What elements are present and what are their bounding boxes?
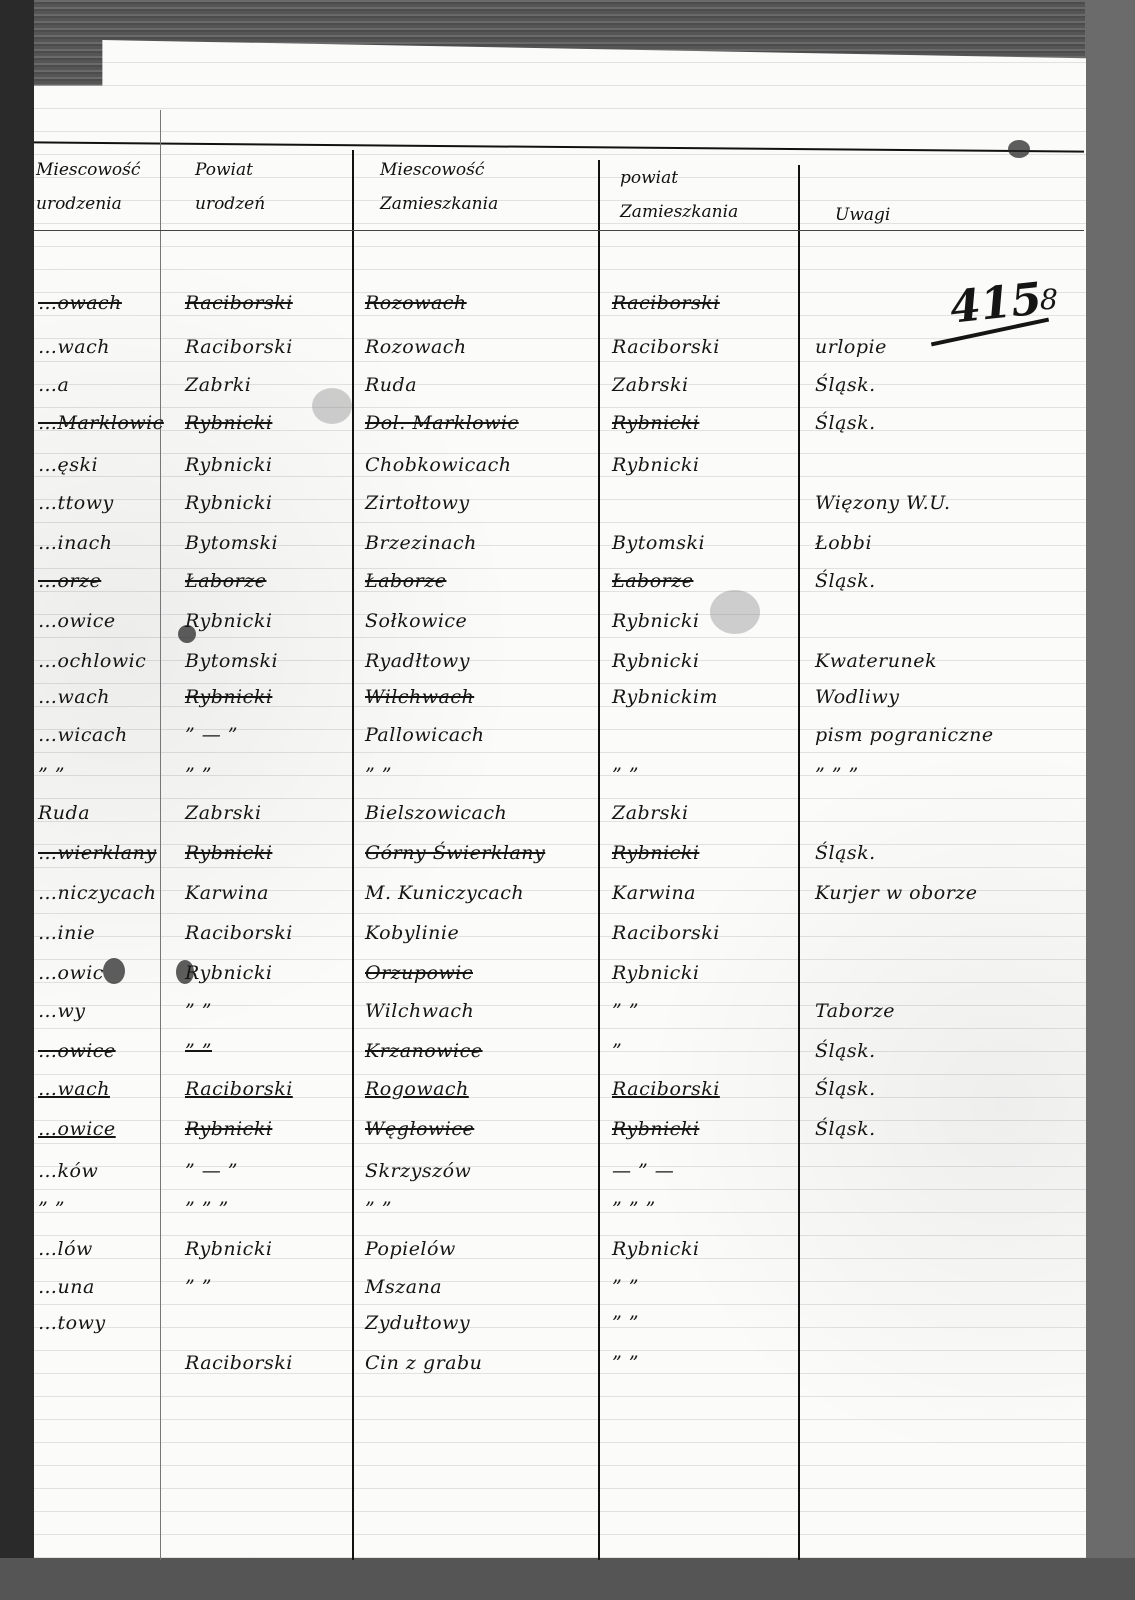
column-3-rule <box>598 160 600 1560</box>
row-26-c1: …towy <box>38 1312 106 1334</box>
header-col4-line2: Zamieszkania <box>620 202 738 222</box>
header-col1-line1: Miescowość <box>36 160 140 180</box>
row-24-c4: Rybnicki <box>612 1238 699 1260</box>
ink-blot <box>1008 140 1030 158</box>
row-17-c2: Rybnicki <box>185 962 272 984</box>
row-18-c4: ” ” <box>612 1000 639 1022</box>
row-5-c3: Zirtołtowy <box>365 492 470 514</box>
row-0-c4: Raciborski <box>612 292 720 314</box>
column-4-rule <box>798 165 800 1560</box>
row-27-c2: Raciborski <box>185 1352 293 1374</box>
row-0-c1: …owach <box>38 292 122 314</box>
row-2-c3: Ruda <box>365 374 417 396</box>
column-1-rule <box>160 110 161 1560</box>
row-2-c2: Zabrki <box>185 374 251 396</box>
row-25-c2: ” ” <box>185 1276 212 1298</box>
row-10-c4: Rybnickim <box>612 686 718 708</box>
row-18-c2: ” ” <box>185 1000 212 1022</box>
page-number-suffix: 8 <box>1040 283 1058 316</box>
row-6-c4: Bytomski <box>612 532 705 554</box>
row-6-c5: Łobbi <box>815 532 872 554</box>
column-2-rule <box>352 150 354 1560</box>
row-24-c3: Popielów <box>365 1238 456 1260</box>
row-20-c2: Raciborski <box>185 1078 293 1100</box>
row-18-c3: Wilchwach <box>365 1000 474 1022</box>
header-col5: Uwagi <box>835 205 890 225</box>
header-col2-line1: Powiat <box>195 160 265 180</box>
row-9-c2: Bytomski <box>185 650 278 672</box>
row-17-c1: …owic <box>38 962 104 984</box>
row-13-c3: Bielszowicach <box>365 802 507 824</box>
row-1-c3: Rozowach <box>365 336 467 358</box>
row-12-c2: ” ” <box>185 764 212 786</box>
row-13-c2: Zabrski <box>185 802 262 824</box>
row-2-c4: Zabrski <box>612 374 689 396</box>
scan-bottom-edge <box>0 1558 1135 1600</box>
row-18-c5: Taborze <box>815 1000 895 1022</box>
row-21-c3: Węgłowice <box>365 1118 474 1140</box>
row-2-c5: Śląsk. <box>815 374 876 396</box>
row-15-c2: Karwina <box>185 882 269 904</box>
row-1-c1: …wach <box>38 336 110 358</box>
header-col1-line2: urodzenia <box>36 194 140 214</box>
row-24-c1: …lów <box>38 1238 93 1260</box>
row-15-c5: Kurjer w oborze <box>815 882 978 904</box>
row-13-c4: Zabrski <box>612 802 689 824</box>
row-3-c4: Rybnicki <box>612 412 699 434</box>
row-9-c1: …ochlowic <box>38 650 146 672</box>
row-18-c1: …wy <box>38 1000 86 1022</box>
row-26-c4: ” ” <box>612 1312 639 1334</box>
header-col4: powiat Zamieszkania <box>620 168 738 222</box>
row-12-c4: ” ” <box>612 764 639 786</box>
row-22-c2: ” — ” <box>185 1160 238 1182</box>
row-2-c1: …a <box>38 374 69 396</box>
row-21-c2: Rybnicki <box>185 1118 272 1140</box>
row-7-c5: Śląsk. <box>815 570 876 592</box>
row-9-c3: Ryadłtowy <box>365 650 470 672</box>
header-col3-line2: Zamieszkania <box>380 194 498 214</box>
row-12-c1: ” ” <box>38 764 65 786</box>
row-22-c4: — ” — <box>612 1160 674 1182</box>
row-14-c2: Rybnicki <box>185 842 272 864</box>
row-15-c3: M. Kuniczycach <box>365 882 524 904</box>
row-4-c1: …ęski <box>38 454 98 476</box>
header-col5-line1: Uwagi <box>835 205 890 225</box>
row-3-c1: …Marklowic <box>38 412 164 434</box>
ink-blot <box>103 958 125 984</box>
row-19-c5: Śląsk. <box>815 1040 876 1062</box>
row-11-c3: Pallowicach <box>365 724 485 746</box>
row-14-c3: Górny Świerklany <box>365 842 545 864</box>
row-9-c4: Rybnicki <box>612 650 699 672</box>
scan-left-shadow <box>0 0 34 1600</box>
row-6-c2: Bytomski <box>185 532 278 554</box>
scan-right-edge <box>1085 0 1135 1600</box>
row-4-c4: Rybnicki <box>612 454 699 476</box>
row-8-c4: Rybnicki <box>612 610 699 632</box>
row-5-c2: Rybnicki <box>185 492 272 514</box>
header-col4-line1: powiat <box>620 168 738 188</box>
row-7-c2: Łaborze <box>185 570 266 592</box>
row-8-c2: Rybnicki <box>185 610 272 632</box>
row-16-c2: Raciborski <box>185 922 293 944</box>
row-4-c3: Chobkowicach <box>365 454 512 476</box>
row-24-c2: Rybnicki <box>185 1238 272 1260</box>
row-23-c1: ” ” <box>38 1198 65 1220</box>
row-1-c4: Raciborski <box>612 336 720 358</box>
row-14-c1: …wierklany <box>38 842 157 864</box>
stain <box>710 590 760 634</box>
row-20-c1: …wach <box>38 1078 110 1100</box>
row-27-c3: Cin z grabu <box>365 1352 482 1374</box>
row-8-c3: Sołkowice <box>365 610 467 632</box>
row-6-c3: Brzezinach <box>365 532 477 554</box>
header-col2: Powiat urodzeń <box>195 160 265 214</box>
row-25-c1: …una <box>38 1276 95 1298</box>
row-11-c5: pism pograniczne <box>815 724 994 746</box>
row-3-c2: Rybnicki <box>185 412 272 434</box>
register-page <box>34 40 1086 1560</box>
row-6-c1: …inach <box>38 532 113 554</box>
row-7-c1: …orze <box>38 570 101 592</box>
row-25-c3: Mszana <box>365 1276 442 1298</box>
row-3-c5: Śląsk. <box>815 412 876 434</box>
row-10-c5: Wodliwy <box>815 686 900 708</box>
row-21-c1: …owice <box>38 1118 116 1140</box>
row-5-c1: …ttowy <box>38 492 114 514</box>
row-22-c1: …ków <box>38 1160 98 1182</box>
row-7-c3: Łaborze <box>365 570 446 592</box>
row-21-c5: Śląsk. <box>815 1118 876 1140</box>
row-21-c4: Rybnicki <box>612 1118 699 1140</box>
row-16-c4: Raciborski <box>612 922 720 944</box>
row-26-c3: Zydułtowy <box>365 1312 470 1334</box>
row-17-c4: Rybnicki <box>612 962 699 984</box>
row-10-c2: Rybnicki <box>185 686 272 708</box>
row-3-c3: Dol. Marklowic <box>365 412 519 434</box>
row-23-c2: ” ” ” <box>185 1198 229 1220</box>
row-20-c5: Śląsk. <box>815 1078 876 1100</box>
row-20-c3: Rogowach <box>365 1078 469 1100</box>
stain <box>312 388 352 424</box>
row-22-c3: Skrzyszów <box>365 1160 471 1182</box>
row-20-c4: Raciborski <box>612 1078 720 1100</box>
row-15-c1: …niczycach <box>38 882 157 904</box>
row-8-c1: …owice <box>38 610 116 632</box>
row-25-c4: ” ” <box>612 1276 639 1298</box>
row-13-c1: Ruda <box>38 802 90 824</box>
row-4-c2: Rybnicki <box>185 454 272 476</box>
row-19-c4: ” <box>612 1040 622 1062</box>
row-19-c1: …owice <box>38 1040 116 1062</box>
row-27-c4: ” ” <box>612 1352 639 1374</box>
row-14-c4: Rybnicki <box>612 842 699 864</box>
row-23-c4: ” ” ” <box>612 1198 656 1220</box>
row-19-c2: ” ” <box>185 1040 212 1062</box>
row-16-c3: Kobylinie <box>365 922 459 944</box>
row-12-c3: ” ” <box>365 764 392 786</box>
row-14-c5: Śląsk. <box>815 842 876 864</box>
row-17-c3: Orzupowic <box>365 962 473 984</box>
row-23-c3: ” ” <box>365 1198 392 1220</box>
row-0-c2: Raciborski <box>185 292 293 314</box>
header-col1: Miescowość urodzenia <box>36 160 140 214</box>
row-1-c2: Raciborski <box>185 336 293 358</box>
row-11-c1: …wicach <box>38 724 128 746</box>
row-16-c1: …inie <box>38 922 95 944</box>
row-10-c1: …wach <box>38 686 110 708</box>
row-5-c5: Więzony W.U. <box>815 492 951 514</box>
header-col3-line1: Miescowość <box>380 160 498 180</box>
row-7-c4: Łaborze <box>612 570 693 592</box>
row-0-c3: Rozowach <box>365 292 467 314</box>
header-col3: Miescowość Zamieszkania <box>380 160 498 214</box>
row-19-c3: Krzanowice <box>365 1040 483 1062</box>
row-1-c5: urlopie <box>815 336 887 358</box>
header-col2-line2: urodzeń <box>195 194 265 214</box>
header-bottom-rule <box>34 230 1084 231</box>
row-15-c4: Karwina <box>612 882 696 904</box>
row-11-c2: ” — ” <box>185 724 238 746</box>
row-10-c3: Wilchwach <box>365 686 474 708</box>
row-9-c5: Kwaterunek <box>815 650 937 672</box>
row-12-c5: ” ” ” <box>815 764 859 786</box>
